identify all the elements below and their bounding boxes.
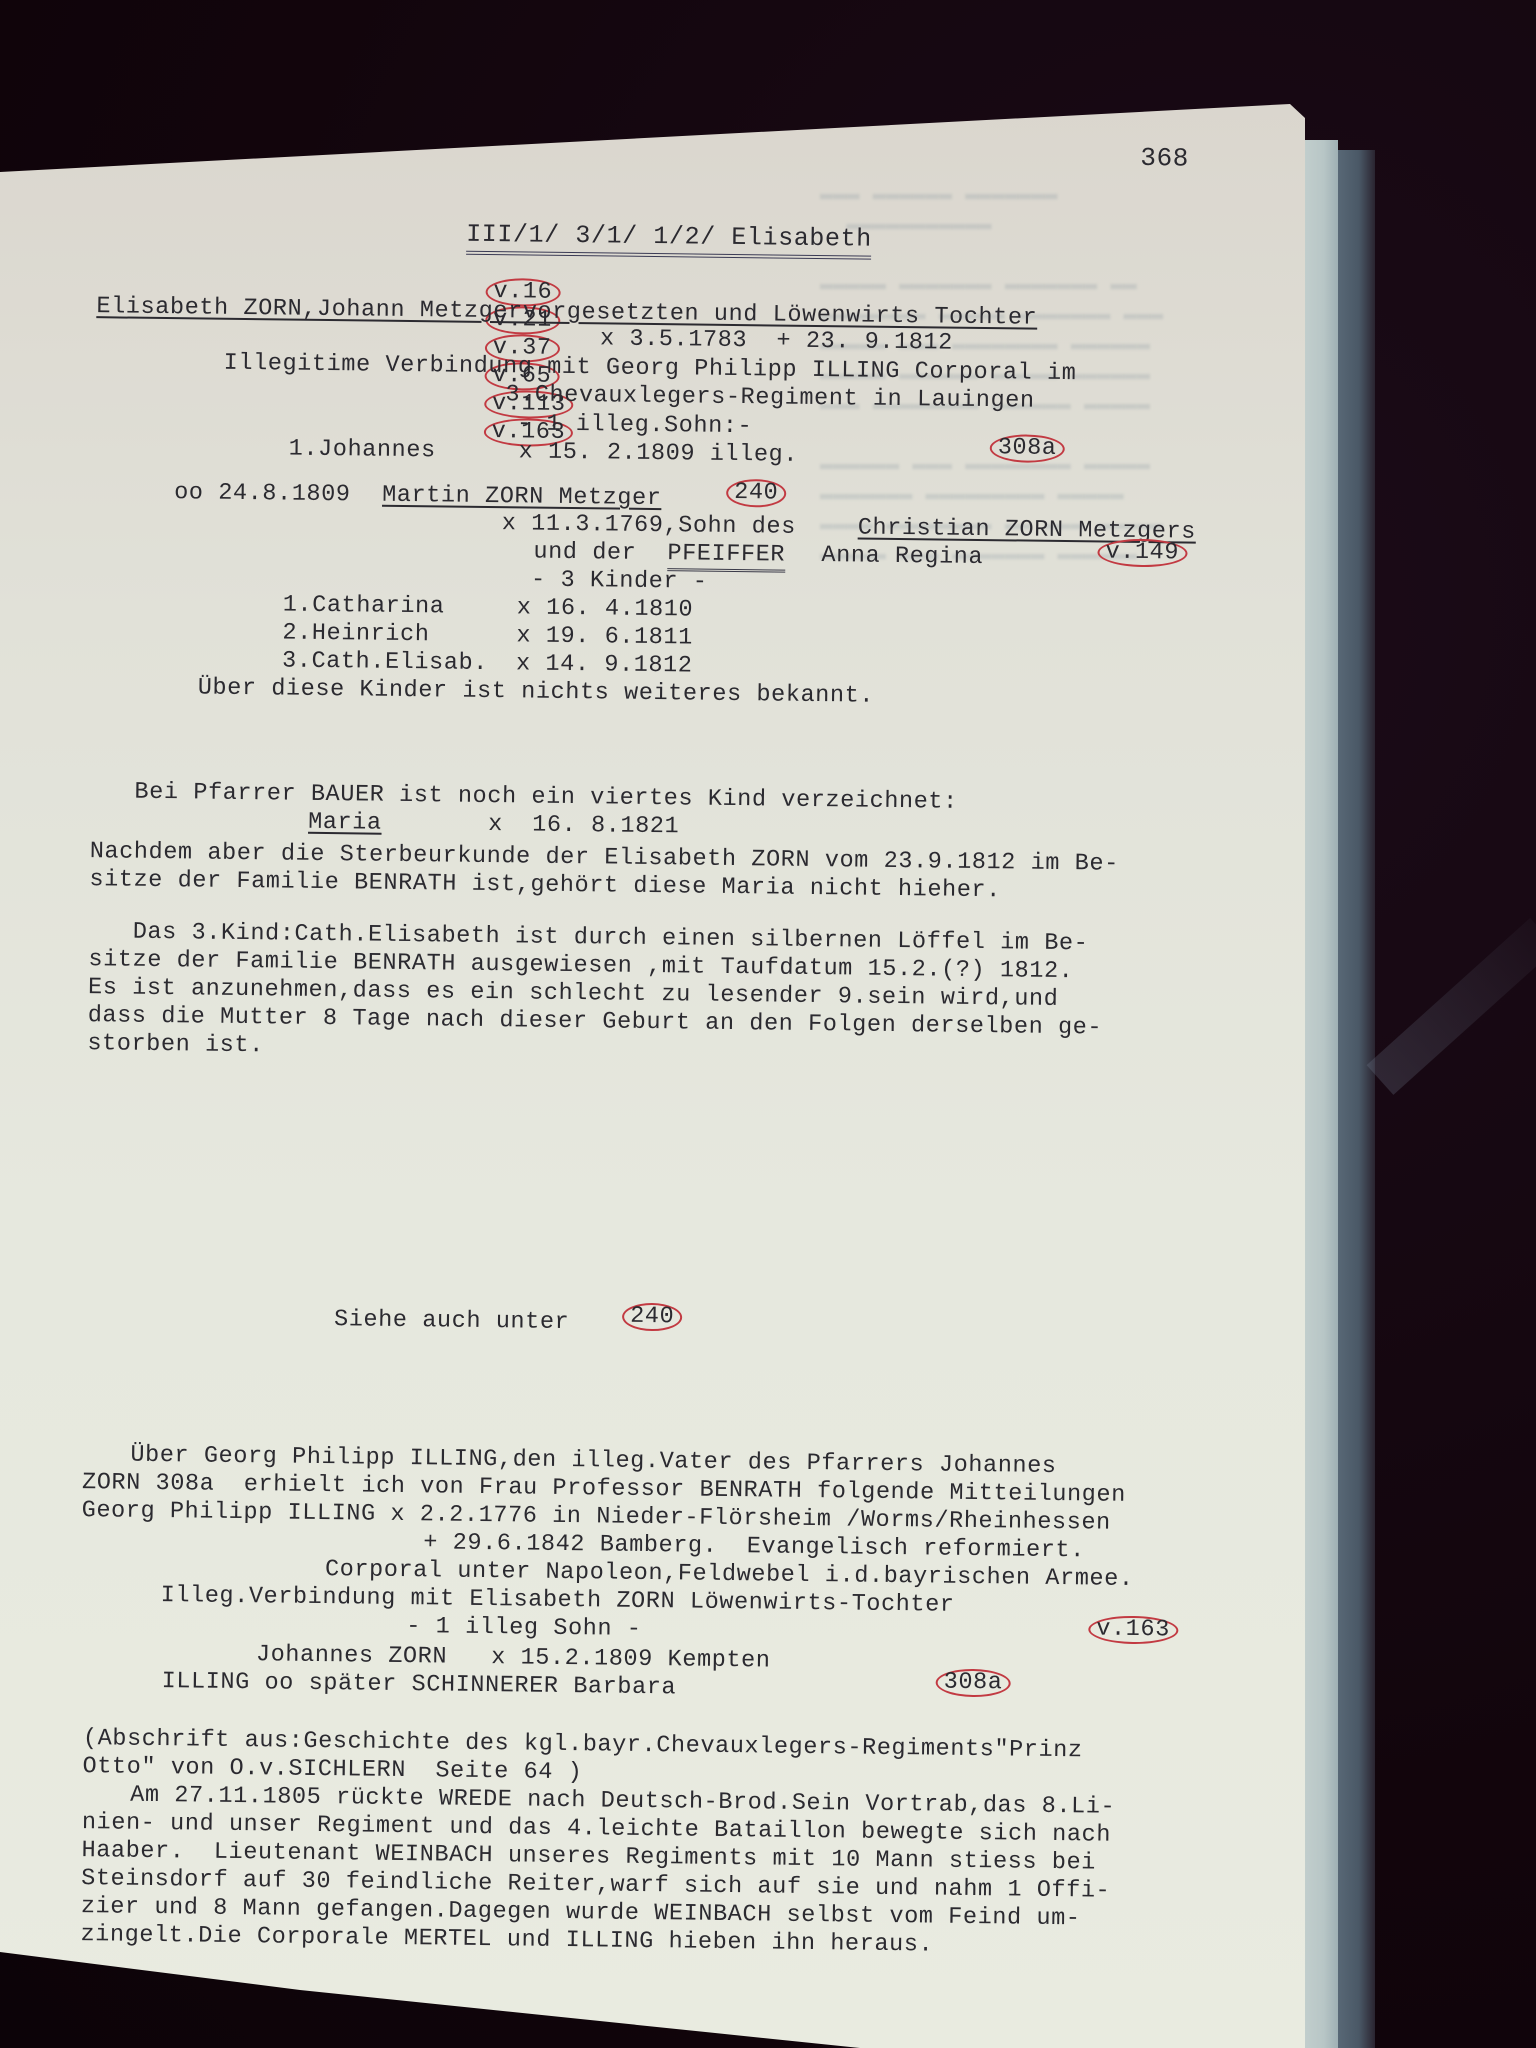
children-note: Über diese Kinder ist nichts weiteres be… (198, 674, 875, 710)
child-name: 2.Heinrich (282, 619, 429, 649)
illeg-son-date: x 15. 2.1809 illeg. (519, 438, 799, 469)
see-also-label: Siehe auch unter (334, 1306, 570, 1337)
spouse-birth: x 11.3.1769,Sohn des (502, 510, 796, 542)
reference-badge: 240 (726, 479, 786, 508)
reference-badge: v.149 (1097, 538, 1187, 567)
reference-badge: 308a (990, 434, 1065, 463)
illeg-son-name: 1.Johannes (289, 436, 436, 466)
child-name: 3.Cath.Elisab. (282, 647, 488, 678)
page-number: 368 (1140, 144, 1189, 173)
child-name: 1.Catharina (283, 591, 445, 621)
paragraph-line: storben ist. (87, 1030, 264, 1060)
children-header: - 3 Kinder - (531, 567, 708, 597)
child-date: x 19. 6.1811 (516, 622, 693, 652)
fourth-child-name: Maria (308, 809, 382, 838)
book-edge (1335, 150, 1375, 2048)
child-date: x 14. 9.1812 (516, 650, 693, 680)
mother-given-name: Anna Regina (821, 542, 983, 572)
child-date: x 16. 4.1810 (517, 594, 694, 624)
reference-badge: v.163 (1088, 1615, 1178, 1644)
mother-prefix: und der (533, 539, 636, 568)
entry-heading: Elisabeth ZORN,Johann Metzgervorgesetzte… (96, 293, 1037, 332)
background-glare (1367, 918, 1536, 1095)
spouse-name: Martin ZORN Metzger (382, 482, 662, 513)
illing-line: - 1 illeg Sohn - (406, 1613, 642, 1644)
fourth-child-date: x 16. 8.1821 (488, 811, 679, 841)
reference-badge: 308a (936, 1669, 1011, 1698)
marriage-date: oo 24.8.1809 (174, 479, 351, 509)
illeg-son-header: - 1 illeg.Sohn:- (517, 410, 753, 441)
entry-dates: x 3.5.1783 + 23. 9.1812 (600, 325, 953, 357)
reference-badge: 240 (622, 1303, 682, 1332)
illing-line: ILLING oo später SCHINNERER Barbara (161, 1668, 676, 1702)
typewritten-content: 368 III/1/ 3/1/ 1/2/ Elisabeth v.16 v.21… (0, 0, 1317, 2048)
